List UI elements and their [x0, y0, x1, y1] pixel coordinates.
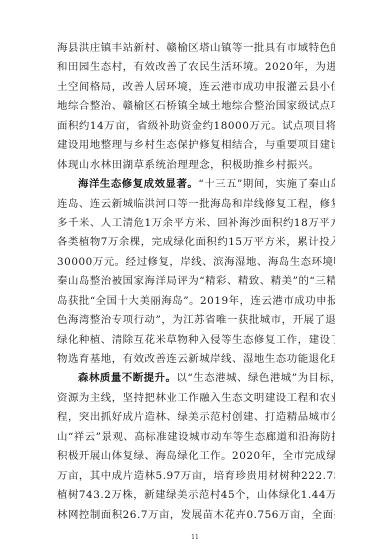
text-line: 资源为主线，坚持把林业工作融入生态文明建设工程和农业现代化工: [57, 389, 335, 408]
text-line: 30000万元。经过修复，岸线、滨海湿地、海岛生态环境明显改善。: [57, 253, 335, 272]
paragraph-text: 以“生态港城、绿色港城”为目标，培育森林: [176, 372, 335, 384]
text-line: 体现山水林田湖草系统治理理念，积极助推乡村振兴。: [57, 156, 335, 175]
text-line: 色海湾整治专项行动”，为江苏省唯一获批城市，开展了退养还湿、: [57, 311, 335, 330]
text-line: 多千米、人工清危1万余平方米、回补海沙面积约18万平方米，种植: [57, 214, 335, 233]
text-line: 土空间格局，改善人居环境，连云港市成功申报灌云县小伊镇全域土: [57, 78, 335, 97]
paragraph-start-marine-ecology: 海洋生态修复成效显著。“十三五”期间，实施了秦山岛、竹岛、: [57, 175, 335, 194]
text-line: 物选育基地，有效改善连云新城岸线、湿地生态功能退化现状。: [57, 350, 335, 369]
text-line: 连岛、连云新城临洪河口等一批海岛和岸线修复工程，修复岸线10: [57, 195, 335, 214]
paragraph-start-forest-quality: 森林质量不断提升。以“生态港城、绿色港城”为目标，培育森林: [57, 369, 335, 388]
text-line: 绿化种植、清除互花米草物种入侵等生态修复工作，建设了耐盐碱植: [57, 331, 335, 350]
text-line: 面积约14万亩，省级补助资金约18000万元。试点项目将农用地整理、: [57, 117, 335, 136]
text-line: 林网控制面积26.7万亩，发展苗木花卉0.756万亩，全面提升了生态系: [57, 506, 335, 525]
text-line: 山“祥云”景观、高标准建设城市动车等生态廊道和沿海防护林工程，: [57, 428, 335, 447]
text-line: 海县洪庄镇丰站新村、赣榆区塔山镇等一批具有市域特色的民俗文化: [57, 39, 335, 58]
paragraph-heading: 海洋生态修复成效显著。: [78, 178, 198, 190]
body-text: 海县洪庄镇丰站新村、赣榆区塔山镇等一批具有市域特色的民俗文化 和田园生态村，有效…: [57, 39, 335, 525]
paragraph-heading: 森林质量不断提升。: [78, 372, 176, 384]
paragraph-text: “十三五”期间，实施了秦山岛、竹岛、: [198, 178, 335, 190]
document-page: 海县洪庄镇丰站新村、赣榆区塔山镇等一批具有市域特色的民俗文化 和田园生态村，有效…: [0, 0, 390, 551]
text-line: 积极开展山体复绿、海岛绿化工作。2020年，全市完成绿化造林20.8: [57, 447, 335, 466]
text-line: 各类植物7万余棵，完成绿化面积约15万平方米，累计投入资金约: [57, 233, 335, 252]
text-line: 万亩，其中成片造林5.97万亩，培育珍贵用材树种222.75万株，四旁: [57, 467, 335, 486]
text-line: 和田园生态村，有效改善了农民生活环境。2020年，为进一步优化国: [57, 58, 335, 77]
text-line: 地综合整治、赣榆区石桥镇全域土地综合整治国家级试点项目，整治: [57, 97, 335, 116]
text-line: 岛获批“全国十大美丽海岛”。2019年，连云港市成功申报国家级“蓝: [57, 292, 335, 311]
page-number: 11: [0, 534, 390, 541]
text-line: 程，突出抓好成片造林、绿美示范村创建、打造精品城市公园和云台: [57, 408, 335, 427]
text-line: 秦山岛整治被国家海洋局评为“精彩、精致、精美”的“三精”工程，连: [57, 272, 335, 291]
text-line: 建设用地整理与乡村生态保护修复相结合，与重要项目建设相融合，: [57, 136, 335, 155]
text-line: 植树743.2万株，新建绿美示范村45个，山体绿化1.44万亩，完善农田: [57, 486, 335, 505]
